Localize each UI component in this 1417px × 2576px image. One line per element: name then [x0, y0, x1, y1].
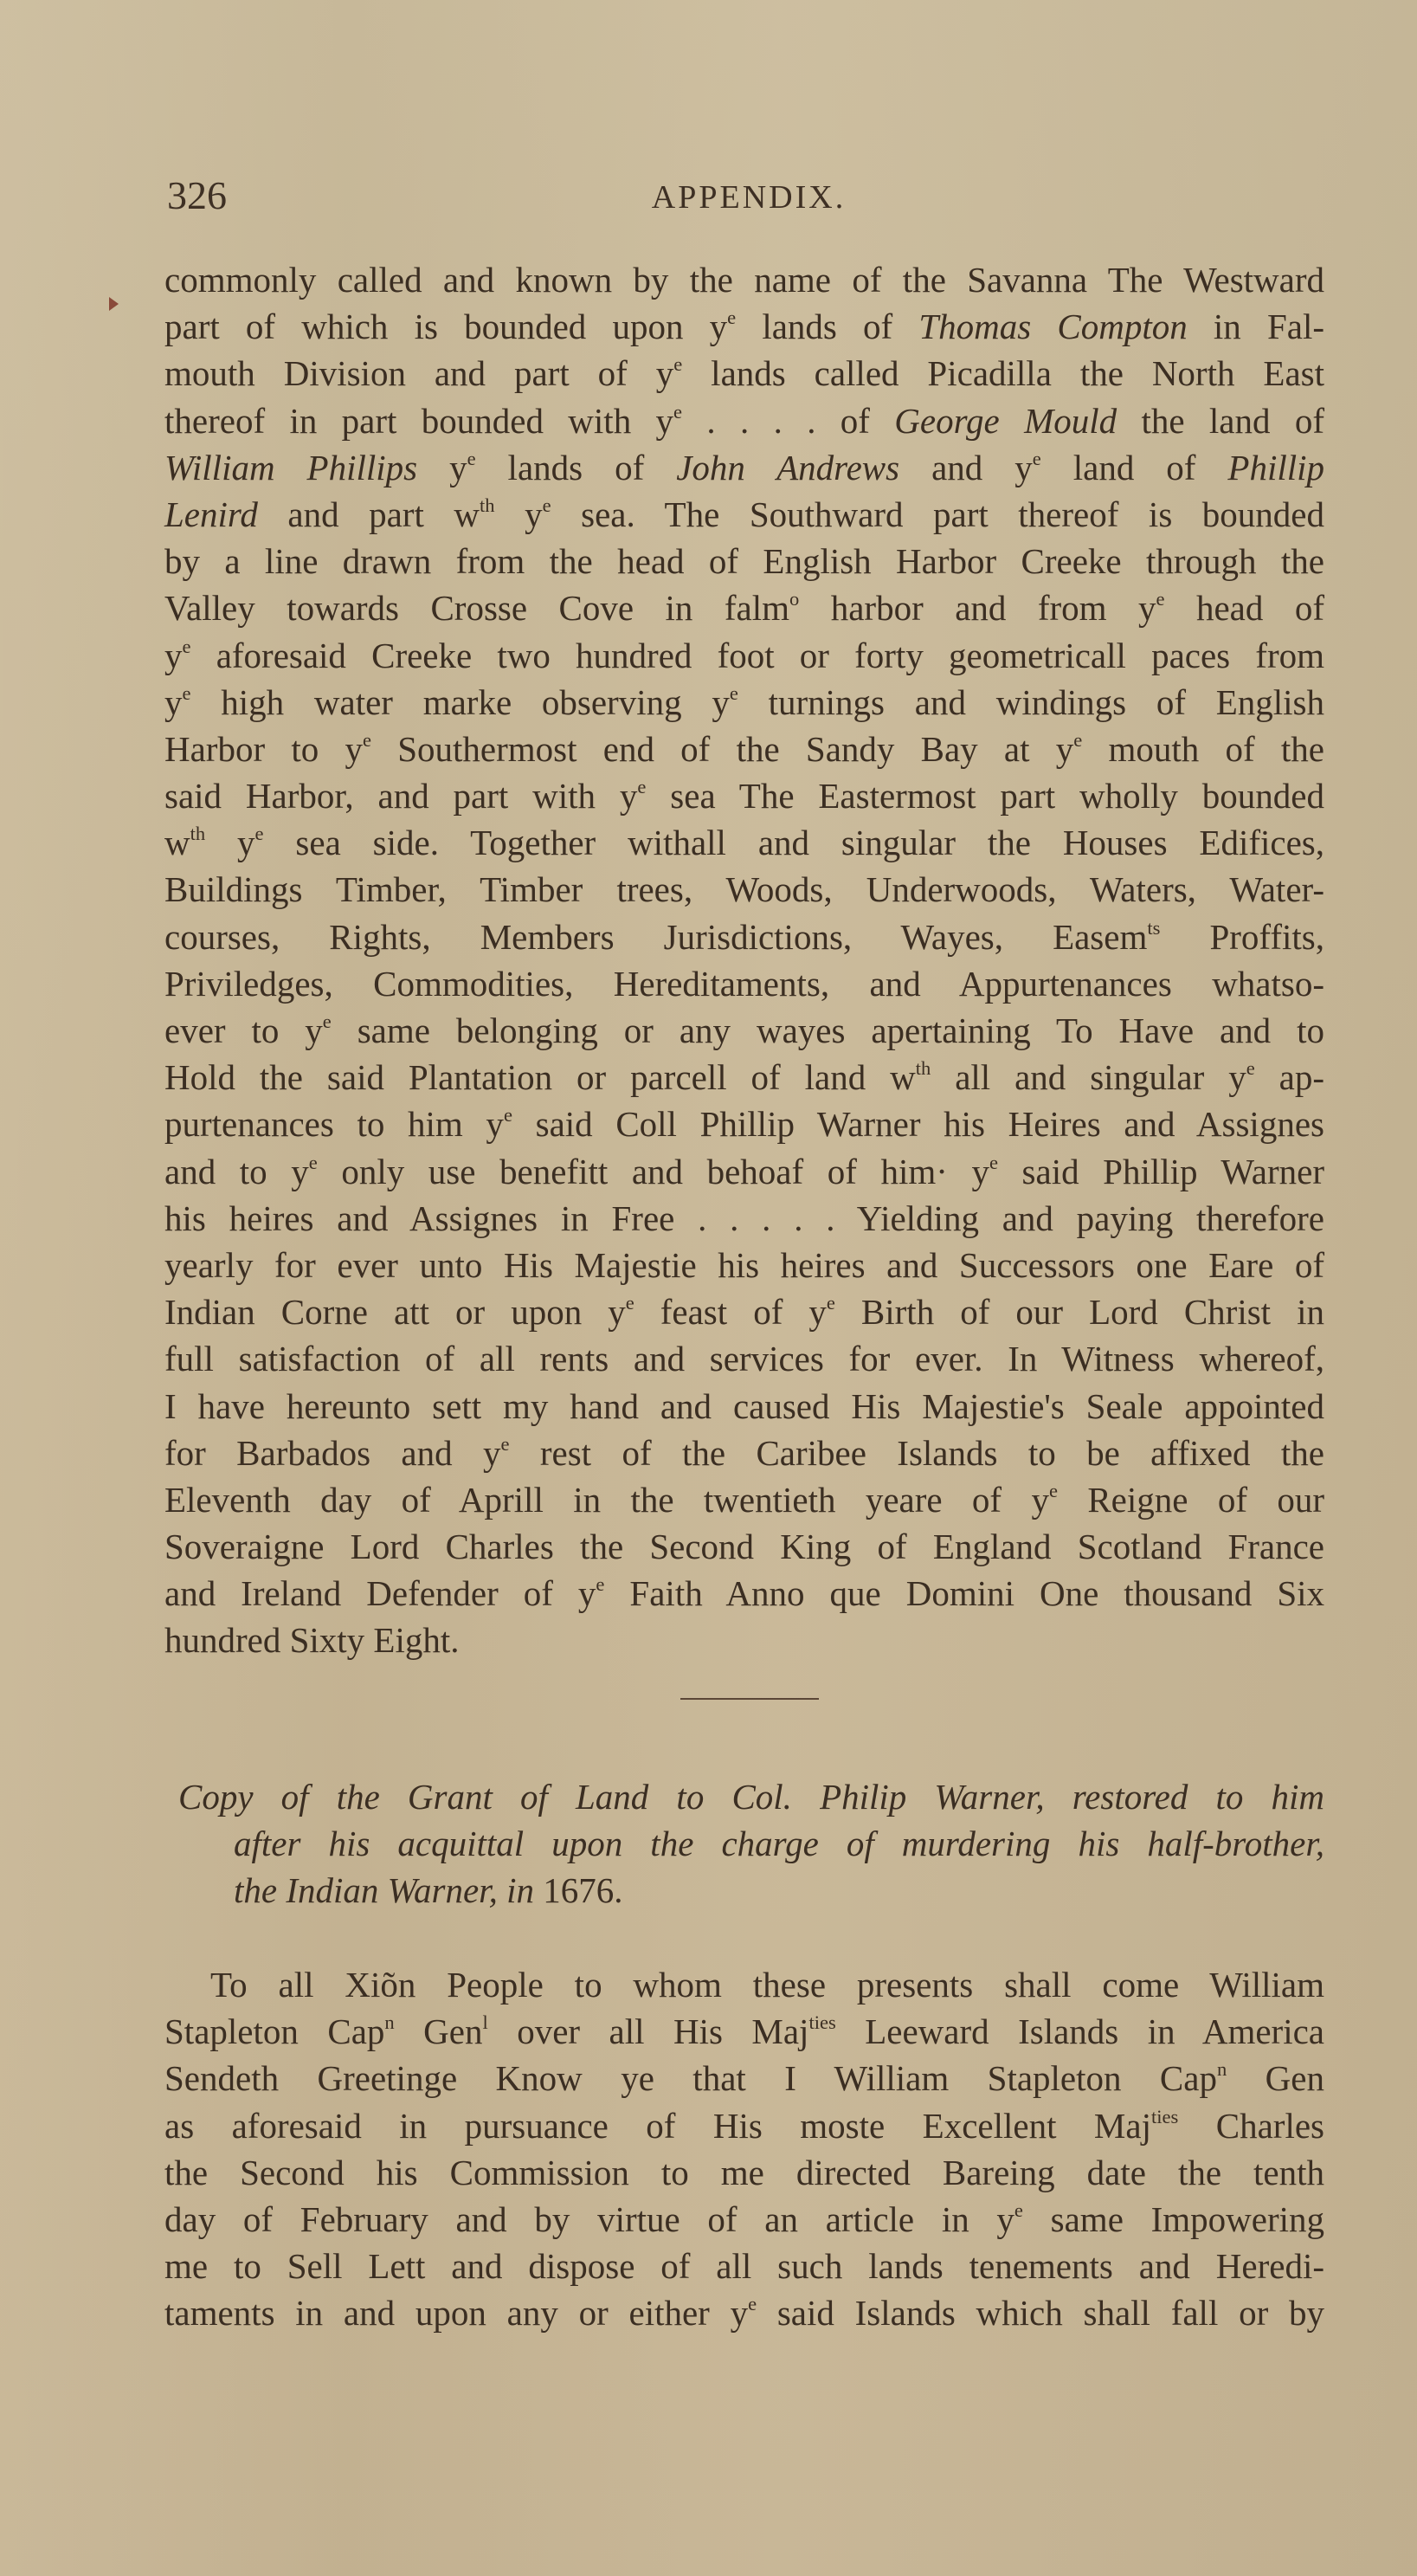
superscript: e	[309, 1152, 318, 1173]
text-run: sea. The Southward part thereof is bound…	[551, 494, 1324, 534]
italic-name: Lenird	[164, 494, 258, 534]
text-run: his heires and Assignes in Free . . . . …	[164, 1198, 1324, 1238]
book-page: 326 APPENDIX. commonly called and known …	[0, 0, 1417, 2576]
text-run: taments in and upon any or either y	[164, 2293, 748, 2333]
superscript: e	[827, 1292, 835, 1314]
text-run: thereof in part bounded with y	[164, 401, 673, 441]
text-line: his heires and Assignes in Free . . . . …	[164, 1195, 1324, 1242]
superscript: e	[1246, 1057, 1255, 1079]
text-run: I have hereunto sett my hand and caused …	[164, 1386, 1324, 1426]
text-line: Valley towards Crosse Cove in falmo harb…	[164, 584, 1324, 631]
text-line: wth ye sea side. Together withall and si…	[164, 819, 1324, 866]
text-line: mouth Division and part of ye lands call…	[164, 350, 1324, 397]
superscript: e	[673, 353, 682, 375]
text-run: Reigne of our	[1058, 1480, 1324, 1520]
text-run: Buildings Timber, Timber trees, Woods, U…	[164, 869, 1324, 909]
italic-name: George Mould	[894, 401, 1117, 441]
text-run: y	[164, 636, 183, 675]
superscript: e	[183, 682, 191, 704]
text-line: I have hereunto sett my hand and caused …	[164, 1383, 1324, 1430]
text-run: head of	[1165, 588, 1324, 628]
superscript: e	[363, 729, 371, 751]
text-line: as aforesaid in pursuance of His moste E…	[164, 2102, 1324, 2149]
text-run: said Harbor, and part with y	[164, 776, 637, 816]
text-run: Sendeth Greetinge Know ye that I William…	[164, 2058, 1217, 2098]
text-line: Sendeth Greetinge Know ye that I William…	[164, 2055, 1324, 2101]
text-run: same Impowering	[1023, 2199, 1324, 2239]
text-run: me to Sell Lett and dispose of all such …	[164, 2246, 1324, 2286]
superscript: e	[1073, 729, 1082, 751]
superscript: e	[1014, 2199, 1023, 2221]
text-run: day of February and by virtue of an arti…	[164, 2199, 1014, 2239]
superscript: n	[384, 2011, 394, 2033]
superscript: th	[480, 494, 495, 516]
grant-text-1676: To all Xiõn People to whom these present…	[164, 1961, 1324, 2337]
text-line: Eleventh day of Aprill in the twentieth …	[164, 1476, 1324, 1523]
text-line: Buildings Timber, Timber trees, Woods, U…	[164, 866, 1324, 913]
text-run: said Islands which shall fall or by	[757, 2293, 1324, 2333]
text-line: hundred Sixty Eight.	[164, 1617, 1324, 1663]
text-line: thereof in part bounded with ye . . . . …	[164, 397, 1324, 444]
text-line: Stapleton Capn Genl over all His Majties…	[164, 2008, 1324, 2055]
superscript: o	[789, 588, 799, 610]
text-run: ap-	[1255, 1057, 1324, 1097]
superscript: e	[183, 636, 191, 657]
superscript: e	[637, 776, 646, 797]
text-line: ye high water marke observing ye turning…	[164, 679, 1324, 726]
text-run: Hold the said Plantation or parcell of l…	[164, 1057, 916, 1097]
text-run: and to y	[164, 1152, 309, 1191]
text-run: for Barbados and y	[164, 1433, 500, 1473]
text-run: sea The Eastermost part wholly bounded	[646, 776, 1324, 816]
running-head: 326 APPENDIX.	[164, 170, 1324, 222]
text-run: harbor and from y	[799, 588, 1156, 628]
superscript: e	[1156, 588, 1165, 610]
superscript: e	[543, 494, 551, 516]
text-run: Valley towards Crosse Cove in falm	[164, 588, 789, 628]
text-run: and Ireland Defender of y	[164, 1573, 596, 1613]
superscript: e	[504, 1104, 512, 1126]
text-run: part of which is bounded upon y	[164, 307, 727, 346]
text-line: part of which is bounded upon ye lands o…	[164, 303, 1324, 350]
text-run: Charles	[1178, 2106, 1324, 2146]
text-run: y	[164, 682, 183, 722]
text-line: commonly called and known by the name of…	[164, 256, 1324, 303]
text-line: for Barbados and ye rest of the Caribee …	[164, 1430, 1324, 1476]
text-run: y	[205, 823, 254, 862]
text-run: high water marke observing y	[191, 682, 730, 722]
text-run: Gen	[1227, 2058, 1324, 2098]
text-line: and to ye only use benefitt and behoaf o…	[164, 1148, 1324, 1195]
text-line: ye aforesaid Creeke two hundred foot or …	[164, 632, 1324, 679]
text-run: Soveraigne Lord Charles the Second King …	[164, 1527, 1324, 1566]
superscript: e	[255, 823, 264, 844]
superscript: e	[727, 307, 736, 328]
text-run: lands of	[736, 307, 918, 346]
superscript: e	[500, 1433, 509, 1455]
text-line: taments in and upon any or either ye sai…	[164, 2289, 1324, 2336]
text-run: lands of	[476, 448, 677, 487]
text-run: w	[164, 823, 190, 862]
text-run: by a line drawn from the head of English…	[164, 541, 1324, 581]
text-line: Priviledges, Commodities, Hereditaments,…	[164, 960, 1324, 1007]
text-run: mouth Division and part of y	[164, 353, 673, 393]
text-run: Southermost end of the Sandy Bay at y	[371, 729, 1073, 769]
section-divider	[680, 1698, 819, 1700]
superscript: e	[323, 1010, 332, 1032]
superscript: e	[989, 1152, 998, 1173]
italic-name: Thomas Compton	[918, 307, 1187, 346]
text-run: courses, Rights, Members Jurisdictions, …	[164, 917, 1147, 957]
italic-name: Phillip	[1227, 448, 1324, 487]
text-run: all and singular y	[931, 1057, 1246, 1097]
text-run: said Phillip Warner	[998, 1152, 1324, 1191]
text-line: William Phillips ye lands of John Andrew…	[164, 444, 1324, 491]
superscript: e	[748, 2293, 757, 2315]
text-run: Harbor to y	[164, 729, 363, 769]
text-run: Indian Corne att or upon y	[164, 1292, 626, 1332]
text-run: rest of the Caribee Islands to be affixe…	[510, 1433, 1325, 1473]
text-run: aforesaid Creeke two hundred foot or for…	[191, 636, 1324, 675]
text-line: yearly for ever unto His Majestie his he…	[164, 1242, 1324, 1288]
grant-text-continued: commonly called and known by the name of…	[164, 256, 1324, 1664]
superscript: th	[190, 823, 206, 844]
text-line: ever to ye same belonging or any wayes a…	[164, 1007, 1324, 1054]
text-line: Harbor to ye Southermost end of the Sand…	[164, 726, 1324, 772]
superscript: e	[673, 401, 682, 423]
text-run: To all Xiõn People to whom these present…	[210, 1965, 1324, 2005]
text-run: Copy of the Grant of Land to Col. Philip…	[178, 1777, 1324, 1817]
text-run: yearly for ever unto His Majestie his he…	[164, 1245, 1324, 1285]
text-line: after his acquittal upon the charge of m…	[178, 1820, 1324, 1867]
superscript: th	[916, 1057, 931, 1079]
italic-name: William Phillips	[164, 448, 417, 487]
text-run: turnings and windings of English	[738, 682, 1324, 722]
margin-arrow-icon	[109, 297, 119, 311]
text-run: full satisfaction of all rents and servi…	[164, 1339, 1324, 1378]
text-run: sea side. Together withall and singular …	[264, 823, 1324, 862]
year: 1676.	[543, 1870, 622, 1910]
text-run: Gen	[395, 2011, 483, 2051]
text-run: same belonging or any wayes apertaining …	[332, 1010, 1324, 1050]
section-heading: Copy of the Grant of Land to Col. Philip…	[178, 1773, 1324, 1914]
text-run: mouth of the	[1082, 729, 1324, 769]
text-line: day of February and by virtue of an arti…	[164, 2196, 1324, 2243]
text-run: y	[495, 494, 543, 534]
text-line: Lenird and part wth ye sea. The Southwar…	[164, 491, 1324, 538]
text-run: Priviledges, Commodities, Hereditaments,…	[164, 964, 1324, 1004]
text-line: courses, Rights, Members Jurisdictions, …	[164, 914, 1324, 960]
superscript: e	[596, 1573, 604, 1595]
text-run: feast of y	[634, 1292, 827, 1332]
text-line: by a line drawn from the head of English…	[164, 538, 1324, 584]
text-run: and y	[899, 448, 1033, 487]
text-run: y	[417, 448, 467, 487]
running-title: APPENDIX.	[164, 173, 1324, 222]
superscript: e	[1033, 448, 1041, 469]
text-run: over all His Maj	[488, 2011, 809, 2051]
text-run: Proffits,	[1160, 917, 1324, 957]
text-run: said Coll Phillip Warner his Heires and …	[512, 1104, 1324, 1144]
text-line: said Harbor, and part with ye sea The Ea…	[164, 772, 1324, 819]
text-run: the Indian Warner, in	[234, 1870, 543, 1910]
text-run: . . . . of	[682, 401, 894, 441]
text-line: and Ireland Defender of ye Faith Anno qu…	[164, 1570, 1324, 1617]
text-run: the Second his Commission to me directed…	[164, 2153, 1324, 2192]
superscript: ties	[1151, 2106, 1178, 2127]
superscript: n	[1217, 2058, 1227, 2080]
superscript: ties	[808, 2011, 835, 2033]
text-run: land of	[1041, 448, 1228, 487]
superscript: e	[626, 1292, 634, 1314]
text-run: Leeward Islands in America	[836, 2011, 1324, 2051]
text-line: To all Xiõn People to whom these present…	[164, 1961, 1324, 2008]
text-line: Soveraigne Lord Charles the Second King …	[164, 1523, 1324, 1570]
text-run: after his acquittal upon the charge of m…	[234, 1824, 1324, 1863]
text-run: commonly called and known by the name of…	[164, 260, 1324, 300]
text-run: only use benefitt and behoaf of him· y	[318, 1152, 989, 1191]
text-line: the Indian Warner, in 1676.	[178, 1867, 1324, 1914]
text-line: me to Sell Lett and dispose of all such …	[164, 2243, 1324, 2289]
text-run: Birth of our Lord Christ in	[835, 1292, 1324, 1332]
text-run: in Fal-	[1188, 307, 1324, 346]
superscript: e	[1049, 1480, 1058, 1501]
text-line: purtenances to him ye said Coll Phillip …	[164, 1101, 1324, 1147]
text-run: the land of	[1117, 401, 1324, 441]
text-run: ever to y	[164, 1010, 323, 1050]
text-line: Hold the said Plantation or parcell of l…	[164, 1054, 1324, 1101]
italic-name: John Andrews	[676, 448, 899, 487]
superscript: ts	[1147, 917, 1160, 939]
text-run: Eleventh day of Aprill in the twentieth …	[164, 1480, 1049, 1520]
superscript: e	[730, 682, 738, 704]
text-run: lands called Picadilla the North East	[682, 353, 1324, 393]
text-run: Stapleton Cap	[164, 2011, 384, 2051]
text-line: Copy of the Grant of Land to Col. Philip…	[178, 1773, 1324, 1820]
text-line: Indian Corne att or upon ye feast of ye …	[164, 1288, 1324, 1335]
text-line: the Second his Commission to me directed…	[164, 2149, 1324, 2196]
text-line: full satisfaction of all rents and servi…	[164, 1335, 1324, 1382]
text-run: Faith Anno que Domini One thousand Six	[604, 1573, 1324, 1613]
text-run: purtenances to him y	[164, 1104, 504, 1144]
superscript: e	[467, 448, 476, 469]
text-run: and part w	[258, 494, 480, 534]
text-run: hundred Sixty Eight.	[164, 1620, 460, 1660]
text-run: as aforesaid in pursuance of His moste E…	[164, 2106, 1151, 2146]
